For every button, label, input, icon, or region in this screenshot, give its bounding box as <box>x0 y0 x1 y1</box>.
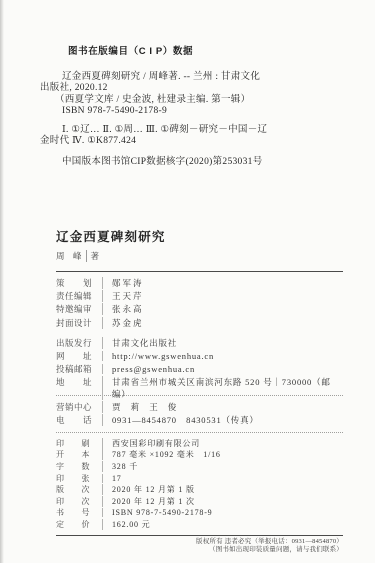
copyright-notice: 版权所有 违者必究（举报电话：0931—8454870） <box>56 538 343 547</box>
publisher-email: press@gswenhua.cn <box>102 364 195 374</box>
printing-label: 印 次 <box>56 496 96 507</box>
credit-label: 特邀编审 <box>56 303 96 315</box>
page-scan-edge <box>0 0 4 563</box>
publisher-row: 网 址 http://www.gswenhua.cn <box>56 350 343 363</box>
publisher-row: 投稿邮箱 press@gswenhua.cn <box>56 363 343 376</box>
printing-isbn: ISBN 978-7-5490-2178-9 <box>102 508 212 517</box>
credit-value: 王天芹 <box>102 290 144 302</box>
scanned-copyright-page: 图书在版编目（C I P）数据 辽金西夏碑刻研究 / 周峰著. -- 兰州 : … <box>0 0 375 563</box>
copyright-footer: 版权所有 违者必究（举报电话：0931—8454870） （图书如出现印装质量问… <box>56 538 343 555</box>
publisher-row: 地 址 甘肃省兰州市城关区南滨河东路 520 号｜730000（邮编） <box>56 376 343 389</box>
printing-row: 开 本 787 毫米 ×1092 毫米 1/16 <box>56 449 343 461</box>
printing-row: 印 张 17 <box>56 473 343 485</box>
cip-bibliographic-entry: 辽金西夏碑刻研究 / 周峰著. -- 兰州 : 甘肃文化 出版社, 2020.1… <box>40 72 340 118</box>
printing-value: 787 毫米 ×1092 毫米 1/16 <box>102 449 221 460</box>
dotted-divider <box>56 432 343 433</box>
printing-list: 印 刷 西安国彩印刷有限公司 开 本 787 毫米 ×1092 毫米 1/16 … <box>56 438 343 531</box>
colophon-block: 辽金西夏碑刻研究 周 峰 著 策 划 郧军涛 责任编辑 王天芹 特邀编审 张永高… <box>56 227 343 555</box>
credit-value: 苏金虎 <box>102 317 144 329</box>
credits-list: 策 划 郧军涛 责任编辑 王天芹 特邀编审 张永高 封面设计 苏金虎 <box>56 277 343 330</box>
cip-line: 出版社, 2020.12 <box>40 83 340 95</box>
footer-divider <box>56 535 343 536</box>
credit-label: 责任编辑 <box>56 290 96 302</box>
printing-label: 版 次 <box>56 484 96 495</box>
cip-line: （西夏学文库 / 史金波, 杜建录主编. 第一辑） <box>40 95 340 107</box>
printing-row: 定 价 162.00 元 <box>56 519 343 531</box>
marketing-label: 营销中心 <box>56 401 96 413</box>
cip-line: 中国版本图书馆CIP数据核字(2020)第253031号 <box>40 157 340 169</box>
marketing-label: 电 话 <box>56 414 96 426</box>
cip-line: 金时代 Ⅳ. ①K877.424 <box>40 136 340 148</box>
author-role: 著 <box>86 250 100 262</box>
printing-label: 定 价 <box>56 519 96 530</box>
printing-row: 印 刷 西安国彩印刷有限公司 <box>56 438 343 450</box>
marketing-phone: 0931—8454870 8430531（传真） <box>102 414 259 426</box>
printing-value: 2020 年 12 月第 1 次 <box>102 496 195 507</box>
printing-row: 版 次 2020 年 12 月第 1 版 <box>56 484 343 496</box>
cip-block: 图书在版编目（C I P）数据 辽金西夏碑刻研究 / 周峰著. -- 兰州 : … <box>40 46 340 168</box>
book-author: 周 峰 著 <box>56 250 343 262</box>
credit-value: 郧军涛 <box>102 277 144 289</box>
cip-heading: 图书在版编目（C I P）数据 <box>68 46 340 58</box>
printing-row: 印 次 2020 年 12 月第 1 次 <box>56 496 343 508</box>
title-divider <box>56 271 343 272</box>
quality-notice: （图书如出现印装质量问题，请与我们联系） <box>56 546 343 555</box>
printing-row: 字 数 328 千 <box>56 461 343 473</box>
publisher-label: 出版发行 <box>56 337 96 349</box>
credit-row: 策 划 郧军涛 <box>56 277 343 290</box>
cip-classification: Ⅰ. ①辽… Ⅱ. ①周… Ⅲ. ①碑刻－研究－中国－辽 金时代 Ⅳ. ①K87… <box>40 125 340 148</box>
printing-value: 328 千 <box>102 461 138 472</box>
publisher-address: 甘肃省兰州市城关区南滨河东路 520 号｜730000（邮编） <box>102 376 343 400</box>
cip-record-number: 中国版本图书馆CIP数据核字(2020)第253031号 <box>40 157 340 169</box>
credit-row: 特邀编审 张永高 <box>56 303 343 316</box>
printing-label: 印 张 <box>56 473 96 484</box>
credit-row: 责任编辑 王天芹 <box>56 290 343 303</box>
marketing-value: 贾 莉 王 俊 <box>102 401 177 413</box>
printing-label: 印 刷 <box>56 438 96 449</box>
publisher-label: 地 址 <box>56 376 96 388</box>
author-name: 周 峰 <box>56 250 82 262</box>
cip-line: 辽金西夏碑刻研究 / 周峰著. -- 兰州 : 甘肃文化 <box>40 72 340 84</box>
marketing-row: 营销中心 贾 莉 王 俊 <box>56 401 343 414</box>
printing-value: 2020 年 12 月第 1 版 <box>102 484 195 495</box>
cip-isbn-line: ISBN 978-7-5490-2178-9 <box>40 106 340 118</box>
publisher-row: 出版发行 甘肃文化出版社 <box>56 337 343 350</box>
printing-value: 西安国彩印刷有限公司 <box>102 438 200 449</box>
printing-row: 书 号 ISBN 978-7-5490-2178-9 <box>56 507 343 519</box>
publisher-label: 网 址 <box>56 350 96 362</box>
publisher-label: 投稿邮箱 <box>56 363 96 375</box>
printing-label: 书 号 <box>56 507 96 518</box>
cip-line: Ⅰ. ①辽… Ⅱ. ①周… Ⅲ. ①碑刻－研究－中国－辽 <box>40 125 340 137</box>
credit-row: 封面设计 苏金虎 <box>56 317 343 330</box>
credit-label: 策 划 <box>56 277 96 289</box>
printing-value: 17 <box>102 474 122 483</box>
book-title: 辽金西夏碑刻研究 <box>56 227 343 245</box>
printing-label: 字 数 <box>56 461 96 472</box>
publisher-list: 出版发行 甘肃文化出版社 网 址 http://www.gswenhua.cn … <box>56 337 343 390</box>
publisher-value: 甘肃文化出版社 <box>102 337 177 349</box>
printing-price: 162.00 元 <box>102 519 150 530</box>
marketing-list: 营销中心 贾 莉 王 俊 电 话 0931—8454870 8430531（传真… <box>56 401 343 427</box>
marketing-row: 电 话 0931—8454870 8430531（传真） <box>56 414 343 427</box>
credit-label: 封面设计 <box>56 317 96 329</box>
credit-value: 张永高 <box>102 303 144 315</box>
publisher-url: http://www.gswenhua.cn <box>102 351 214 361</box>
printing-label: 开 本 <box>56 449 96 460</box>
